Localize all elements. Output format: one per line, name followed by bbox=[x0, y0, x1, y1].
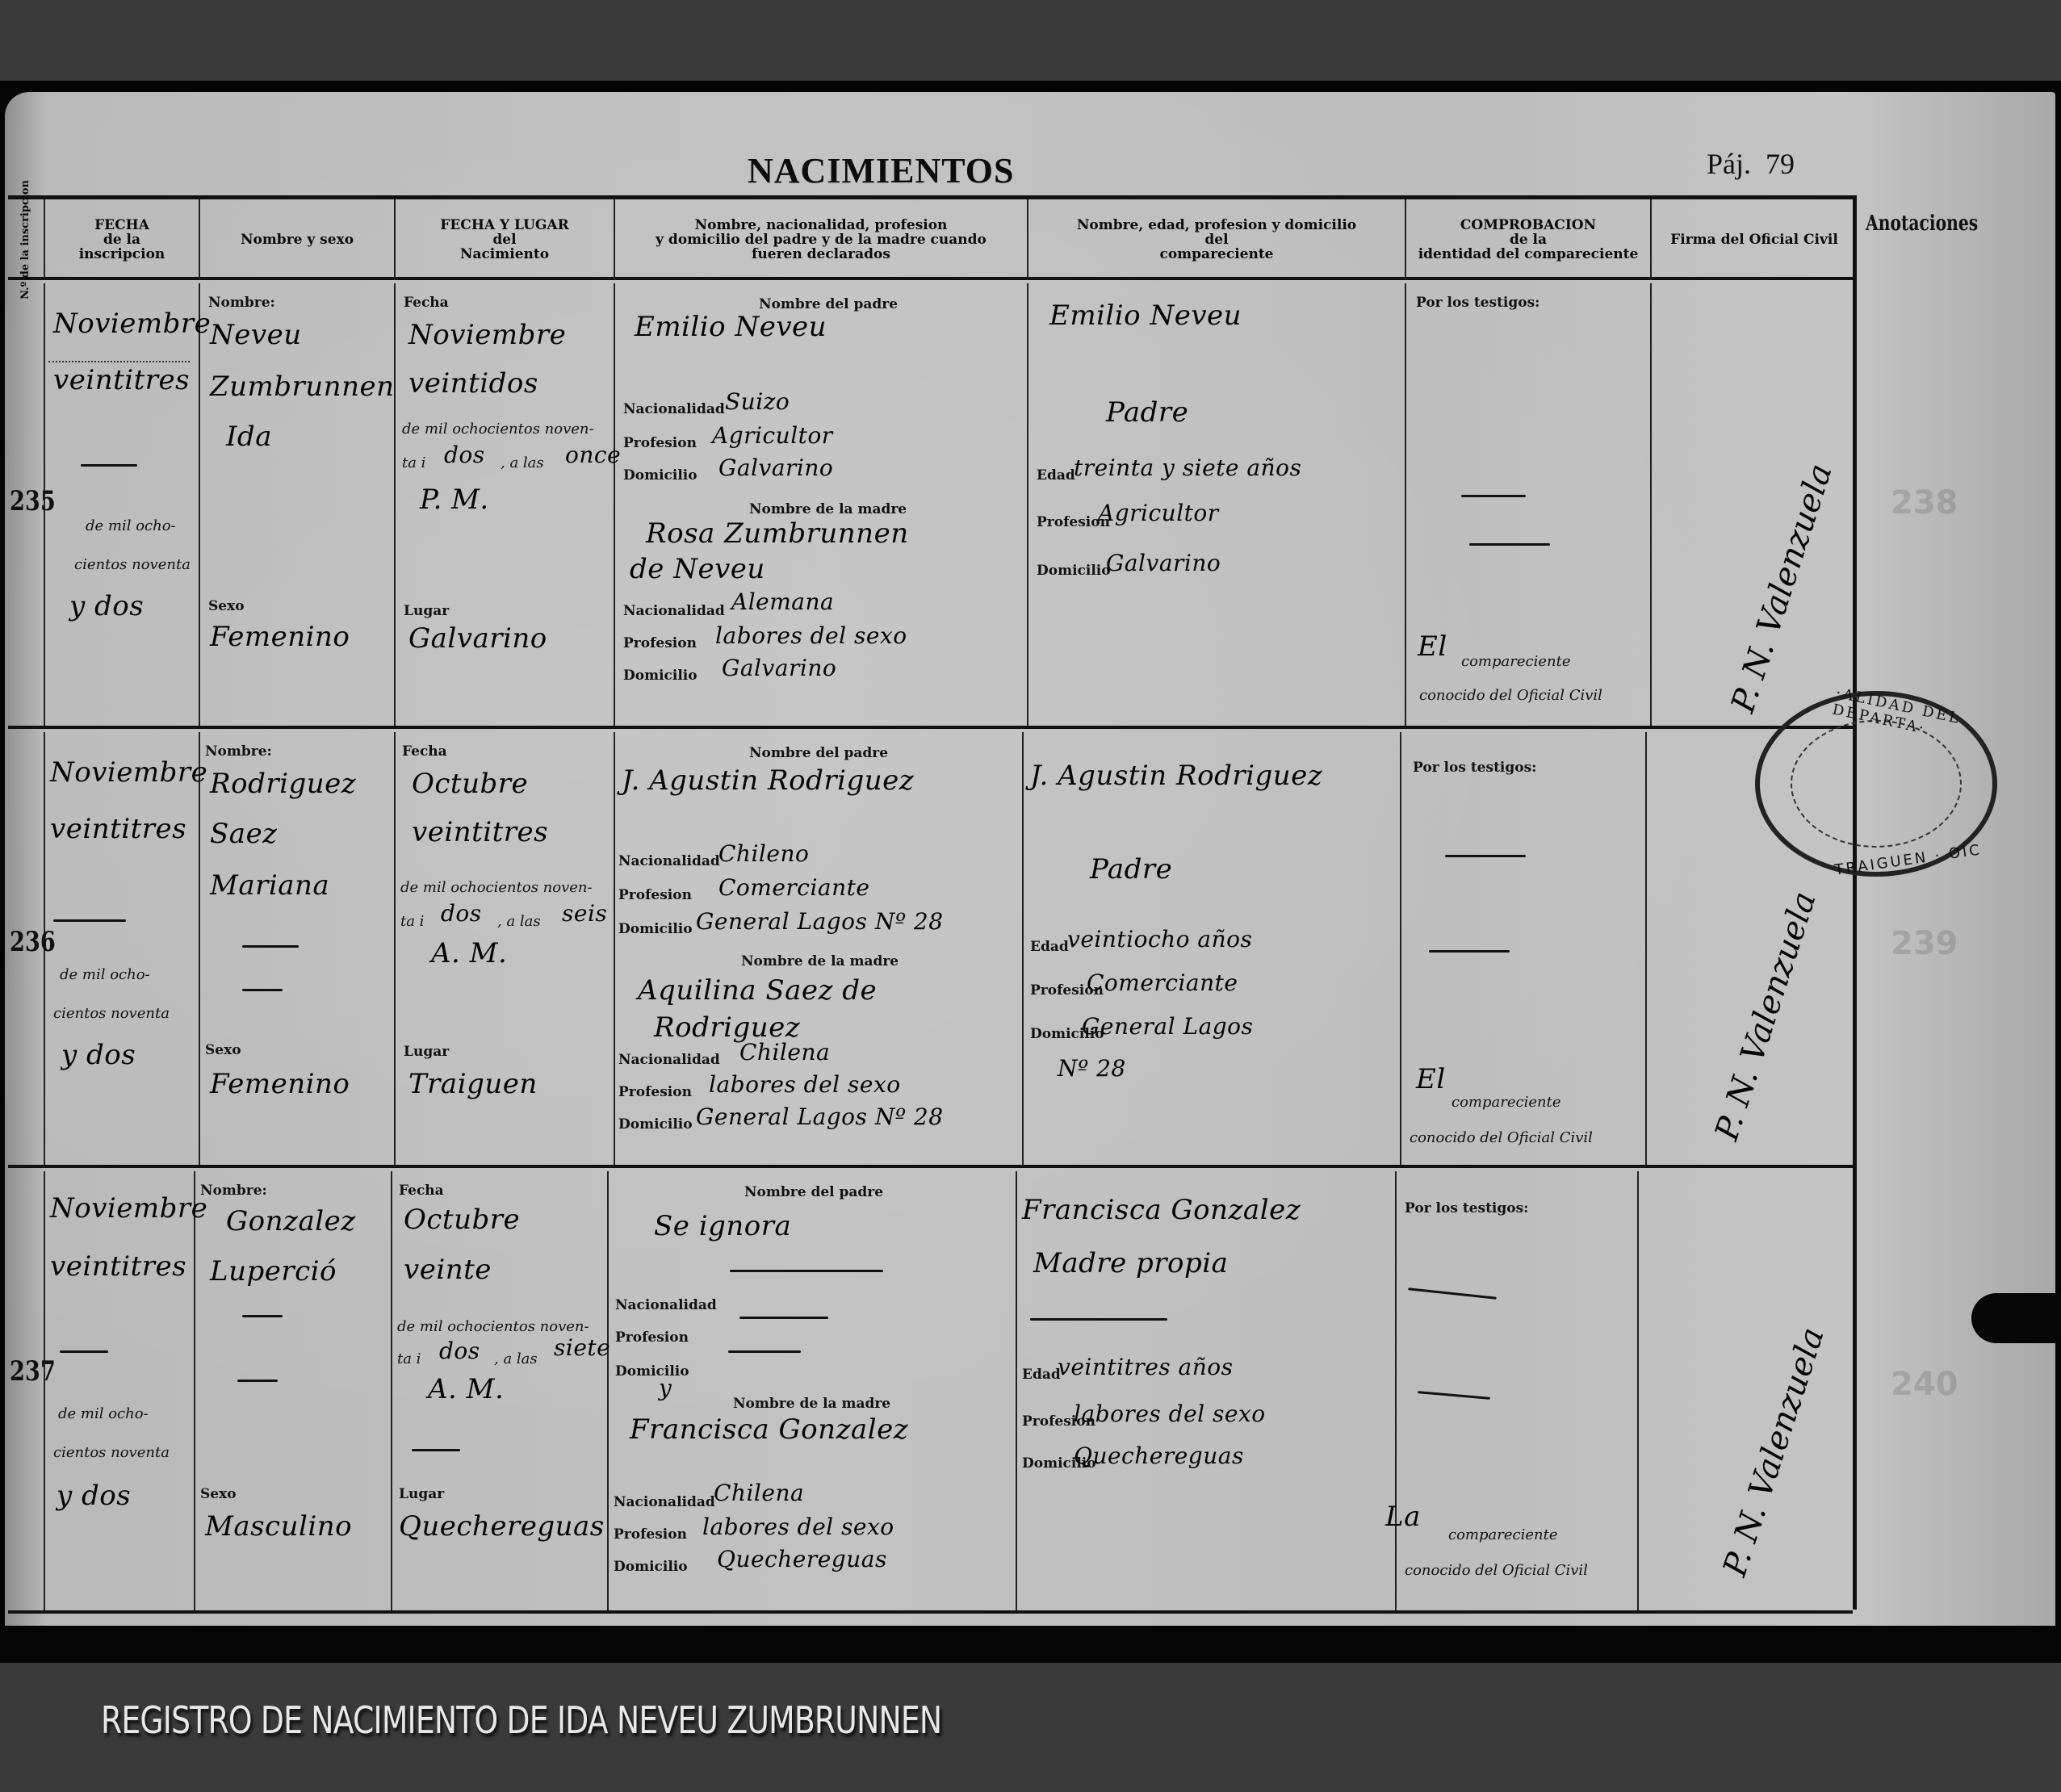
birth-hour: seis bbox=[562, 900, 607, 927]
inscripcion-dia: veintitres bbox=[50, 1250, 186, 1283]
mother-name: Aquilina Saez de bbox=[638, 974, 877, 1007]
comprobacion-article: El bbox=[1416, 1063, 1446, 1095]
register-entry-235: 235 Noviembre veintitres de mil ocho- ci… bbox=[8, 283, 1853, 729]
child-surname-1: Neveu bbox=[210, 319, 302, 351]
birth-day: veintitres bbox=[412, 816, 548, 848]
birth-year-suffix: dos bbox=[444, 442, 485, 468]
inscription-number: 235 bbox=[10, 485, 56, 517]
declarant-address: General Lagos bbox=[1082, 1013, 1253, 1040]
declarant-profession: Comerciante bbox=[1087, 969, 1238, 996]
mother-nationality: Alemana bbox=[731, 588, 834, 615]
register-entry-236: 236 Noviembre veintitres de mil ocho- ci… bbox=[8, 732, 1853, 1168]
mother-address: Galvarino bbox=[722, 655, 836, 681]
declarant-name: Emilio Neveu bbox=[1049, 299, 1242, 332]
birth-year-suffix: dos bbox=[439, 1338, 480, 1364]
mother-profession: labores del sexo bbox=[702, 1514, 894, 1540]
father-nationality: Suizo bbox=[725, 388, 790, 415]
declarant-age: veintitres años bbox=[1058, 1354, 1234, 1380]
inscripcion-mes: Noviembre bbox=[50, 1192, 207, 1225]
image-caption: REGISTRO DE NACIMIENTO DE IDA NEVEU ZUMB… bbox=[101, 1698, 941, 1742]
father-profession: Comerciante bbox=[718, 874, 869, 901]
mother-name-2: de Neveu bbox=[630, 553, 765, 585]
comprobacion-article: La bbox=[1385, 1501, 1421, 1533]
declarant-age: treinta y siete años bbox=[1074, 454, 1301, 481]
caption-bar: REGISTRO DE NACIMIENTO DE IDA NEVEU ZUMB… bbox=[0, 1663, 2061, 1792]
binder-clip bbox=[1971, 1293, 2061, 1343]
child-surname-2: Zumbrunnen bbox=[210, 371, 395, 403]
declarant-age: veintiocho años bbox=[1067, 926, 1252, 953]
inscripcion-anio: y dos bbox=[61, 1039, 136, 1071]
birth-meridiem: P. M. bbox=[420, 484, 489, 516]
inscripcion-mes: Noviembre bbox=[50, 756, 207, 789]
header-fecha-lugar: FECHA Y LUGARdelNacimiento bbox=[396, 199, 615, 280]
mother-prefix: y bbox=[659, 1375, 672, 1401]
inscripcion-anio: y dos bbox=[57, 1480, 131, 1512]
birth-hour: once bbox=[565, 442, 621, 468]
mother-name: Francisca Gonzalez bbox=[630, 1413, 908, 1446]
header-compareciente: Nombre, edad, profesion y domiciliodelco… bbox=[1028, 199, 1406, 280]
scanned-register-page: NACIMIENTOS Páj. 79 238 239 240 Anotacio… bbox=[0, 81, 2061, 1663]
official-seal-stamp: ·ALIDAD DEL DEPARTA· TRAIGUEN · OIC bbox=[1755, 691, 1997, 877]
page-title: NACIMIENTOS bbox=[748, 150, 1014, 191]
father-name: J. Agustin Rodriguez bbox=[622, 764, 914, 797]
inscripcion-dia: veintitres bbox=[53, 364, 190, 396]
declarant-relation: Madre propia bbox=[1033, 1247, 1228, 1279]
child-sex: Femenino bbox=[210, 621, 350, 653]
declarant-address: Quechereguas bbox=[1074, 1442, 1244, 1469]
father-name: Se ignora bbox=[654, 1210, 791, 1242]
birth-day: veintidos bbox=[408, 367, 538, 400]
table-header: N.º de la inscripcion FECHAde lainscripc… bbox=[8, 199, 1853, 280]
declarant-name: Francisca Gonzalez bbox=[1022, 1194, 1301, 1226]
register-entry-237: 237 Noviembre veintitres de mil ocho- ci… bbox=[8, 1171, 1853, 1614]
birth-day: veinte bbox=[404, 1254, 492, 1286]
header-padres: Nombre, nacionalidad, profesiony domicil… bbox=[615, 199, 1028, 280]
mother-name: Rosa Zumbrunnen bbox=[646, 517, 909, 550]
mother-nationality: Chilena bbox=[714, 1480, 804, 1506]
inscripcion-dia: veintitres bbox=[50, 813, 186, 845]
child-given-name: Mariana bbox=[210, 869, 329, 902]
child-surname-2: Saez bbox=[210, 818, 278, 850]
header-numero: N.º de la inscripcion bbox=[8, 199, 45, 280]
declarant-profession: Agricultor bbox=[1098, 500, 1219, 526]
child-surname: Gonzalez bbox=[226, 1205, 356, 1237]
child-sex: Femenino bbox=[210, 1068, 350, 1100]
declarant-address-2: Nº 28 bbox=[1058, 1055, 1126, 1082]
declarant-relation: Padre bbox=[1090, 853, 1172, 886]
header-fecha-inscripcion: FECHAde lainscripcion bbox=[45, 199, 200, 280]
father-name: Emilio Neveu bbox=[635, 311, 827, 343]
child-given-name: Ida bbox=[226, 421, 272, 453]
declarant-name: J. Agustin Rodriguez bbox=[1030, 760, 1322, 792]
birth-place: Galvarino bbox=[408, 622, 547, 655]
mother-profession: labores del sexo bbox=[709, 1071, 901, 1098]
mother-nationality: Chilena bbox=[739, 1039, 830, 1066]
birth-year-suffix: dos bbox=[441, 900, 482, 927]
inscription-number: 236 bbox=[10, 926, 56, 958]
mother-address: General Lagos Nº 28 bbox=[696, 1103, 944, 1130]
declarant-profession: labores del sexo bbox=[1074, 1401, 1266, 1427]
father-profession: Agricultor bbox=[712, 422, 833, 449]
bleed-through-number: 239 bbox=[1891, 925, 1958, 962]
header-comprobacion: COMPROBACIONde laidentidad del compareci… bbox=[1406, 199, 1652, 280]
father-address: General Lagos Nº 28 bbox=[696, 908, 944, 935]
mother-address: Quechereguas bbox=[717, 1546, 887, 1572]
father-nationality: Chileno bbox=[718, 840, 809, 867]
birth-place: Traiguen bbox=[408, 1068, 538, 1100]
header-firma: Firma del Oficial Civil bbox=[1652, 199, 1857, 280]
birth-meridiem: A. M. bbox=[428, 1373, 504, 1405]
inscripcion-mes: Noviembre bbox=[53, 308, 211, 340]
child-sex: Masculino bbox=[205, 1510, 352, 1543]
inscription-number: 237 bbox=[10, 1355, 56, 1388]
child-given-name: Luperció bbox=[210, 1255, 337, 1287]
mother-profession: labores del sexo bbox=[715, 622, 907, 649]
inscripcion-anio: y dos bbox=[69, 590, 144, 622]
birth-register-table: N.º de la inscripcion FECHAde lainscripc… bbox=[8, 195, 1857, 1610]
birth-hour: siete bbox=[554, 1334, 610, 1361]
header-anotaciones: Anotaciones bbox=[1866, 211, 1978, 236]
birth-place: Quechereguas bbox=[399, 1510, 605, 1543]
birth-meridiem: A. M. bbox=[431, 937, 507, 969]
header-nombre-sexo: Nombre y sexo bbox=[200, 199, 396, 280]
bleed-through-number: 238 bbox=[1891, 484, 1958, 521]
declarant-relation: Padre bbox=[1106, 396, 1188, 429]
declarant-address: Galvarino bbox=[1106, 550, 1221, 576]
birth-month: Octubre bbox=[404, 1204, 520, 1236]
child-surname-1: Rodriguez bbox=[210, 768, 356, 800]
bleed-through-number: 240 bbox=[1891, 1366, 1958, 1403]
page-number: Páj. 79 bbox=[1707, 147, 1795, 181]
birth-month: Noviembre bbox=[408, 319, 566, 351]
comprobacion-article: El bbox=[1418, 630, 1447, 663]
paper-sheet: NACIMIENTOS Páj. 79 238 239 240 Anotacio… bbox=[5, 92, 2055, 1626]
father-address: Galvarino bbox=[718, 454, 833, 481]
birth-month: Octubre bbox=[412, 768, 528, 800]
